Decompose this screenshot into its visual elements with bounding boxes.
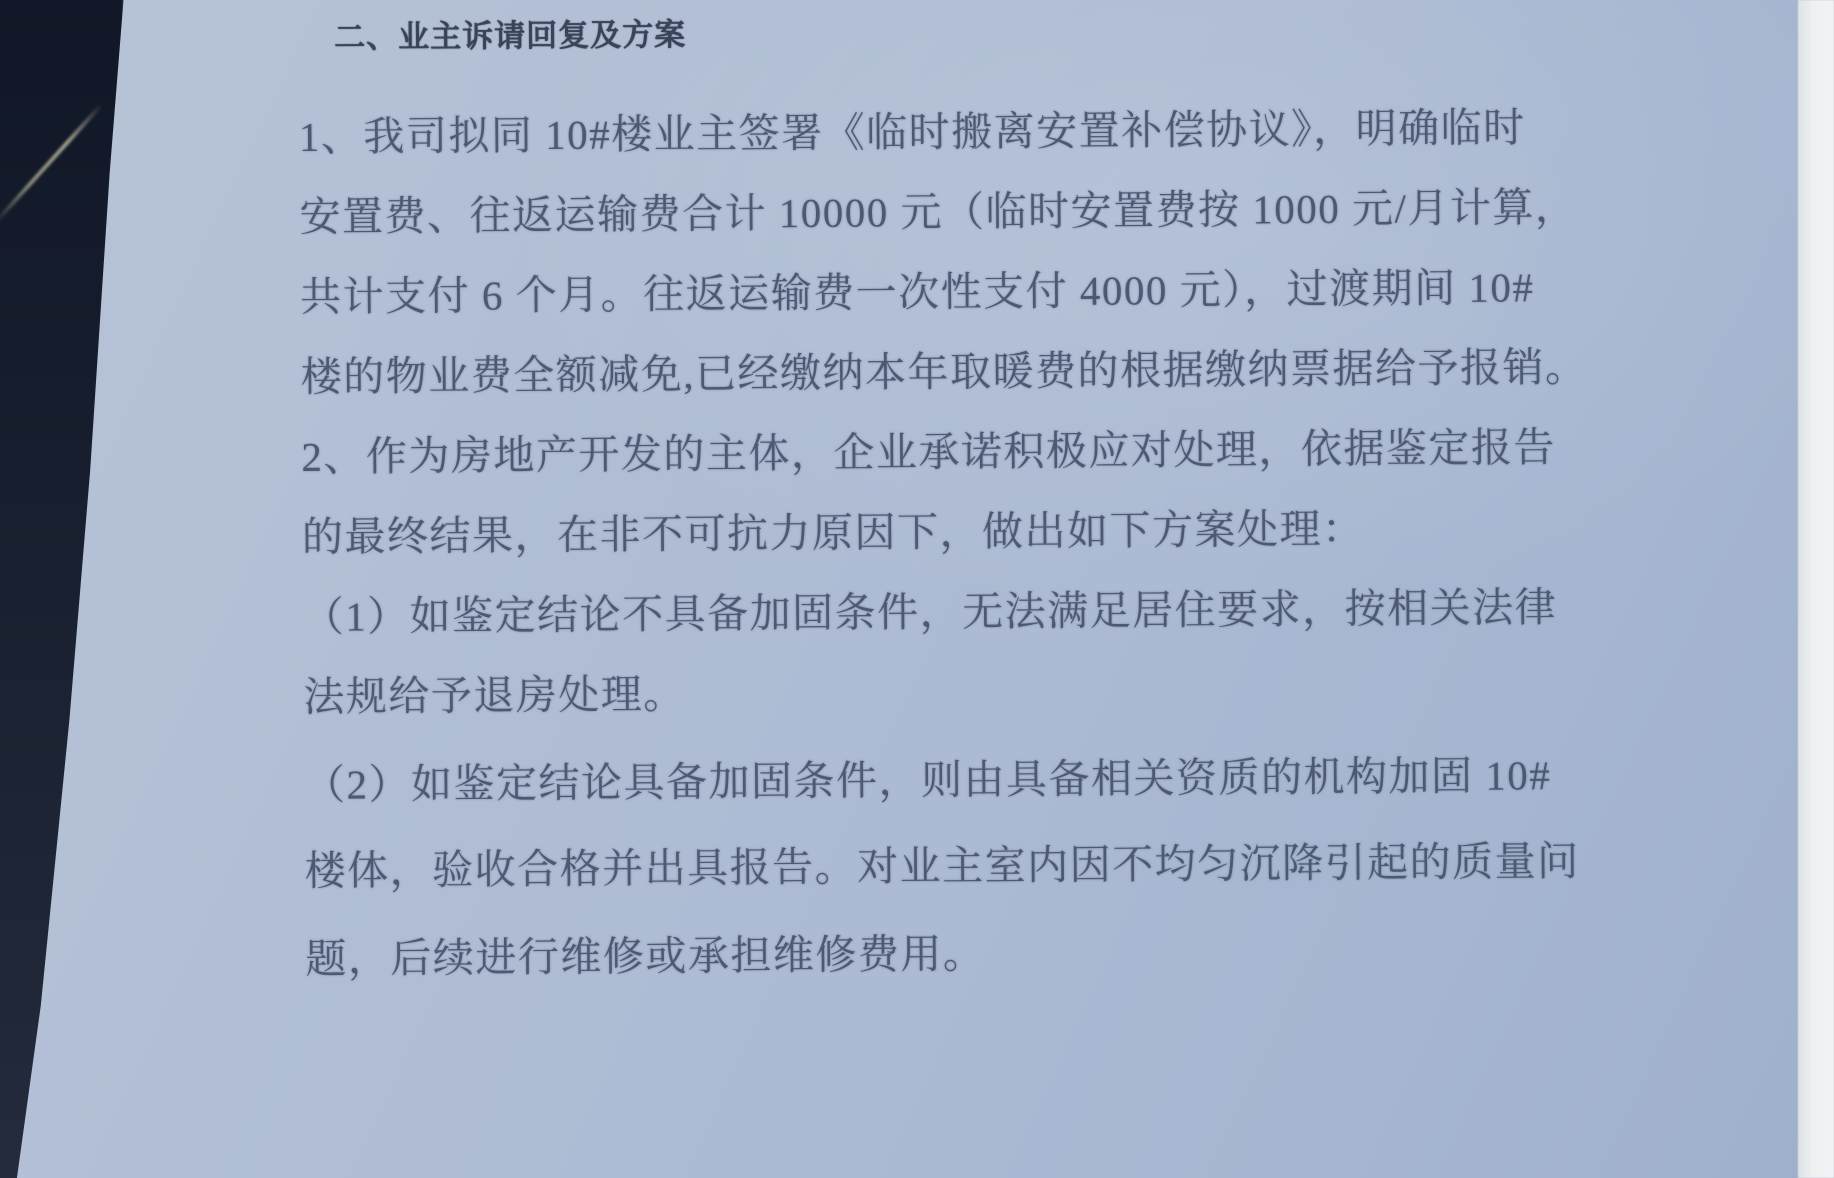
document-line: 2、作为房地产开发的主体，企业承诺积极应对处理，依据鉴定报告 [301,407,1612,497]
document-photo: 二、业主诉请回复及方案 1、我司拟同 10#楼业主签署《临时搬离安置补偿协议》，… [0,0,1834,1178]
document-line: 安置费、往返运输费合计 10000 元（临时安置费按 1000 元/月计算， [299,167,1610,257]
document-heading: 二、业主诉请回复及方案 [334,8,1608,58]
paper-sheet-text: 二、业主诉请回复及方案 1、我司拟同 10#楼业主签署《临时搬离安置补偿协议》，… [298,8,1616,999]
document-line: 法规给予退房处理。 [303,647,1614,737]
document-body: 1、我司拟同 10#楼业主签署《临时搬离安置补偿协议》，明确临时 安置费、往返运… [299,87,1616,999]
document-line: 共计支付 6 个月。往返运输费一次性支付 4000 元），过渡期间 10# [300,247,1611,337]
document-line: 的最终结果，在非不可抗力原因下，做出如下方案处理： [302,487,1613,577]
document-line: 楼的物业费全额减免,已经缴纳本年取暖费的根据缴纳票据给予报销。 [301,327,1612,417]
document-line: 题，后续进行维修或承担维修费用。 [305,909,1616,999]
document-line: （2）如鉴定结论具备加固条件，则由具备相关资质的机构加固 10# [304,735,1615,825]
photo-edge-strip [1798,0,1834,1178]
document-line: （1）如鉴定结论不具备加固条件，无法满足居住要求，按相关法律 [302,567,1613,657]
document-line: 1、我司拟同 10#楼业主签署《临时搬离安置补偿协议》，明确临时 [299,87,1610,177]
document-line: 楼体，验收合格并出具报告。对业主室内因不均匀沉降引起的质量问 [304,821,1615,911]
dark-background-edge [0,0,124,1178]
